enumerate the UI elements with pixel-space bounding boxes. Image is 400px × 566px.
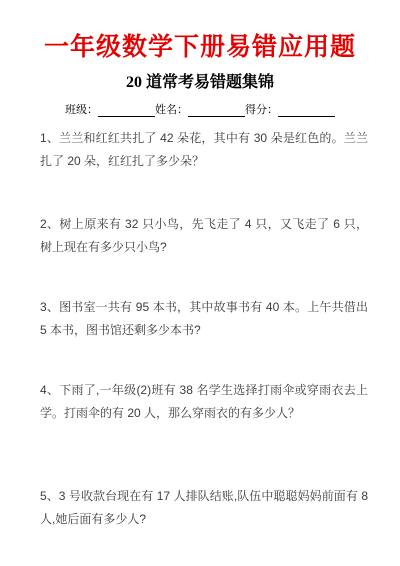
score-label: 得分： [245, 104, 278, 117]
problem-3: 3、图书室一共有 95 本书，其中故事书有 40 本。上午共借出 5 本书，图书… [40, 296, 368, 342]
score-field: 得分： [245, 104, 335, 117]
class-field: 班级： [65, 104, 155, 117]
name-label: 姓名： [155, 104, 188, 117]
page-subtitle: 20 道常考易错题集锦 [32, 72, 368, 94]
worksheet-page: 一年级数学下册易错应用题 20 道常考易错题集锦 班级： 姓名： 得分： 1、兰… [0, 0, 400, 566]
class-blank-line [98, 104, 155, 117]
student-info-row: 班级： 姓名： 得分： [32, 102, 368, 117]
problem-2: 2、树上原来有 32 只小鸟，先飞走了 4 只，又飞走了 6 只，树上现在有多少… [40, 213, 368, 259]
class-label: 班级： [65, 104, 98, 117]
name-field: 姓名： [155, 104, 245, 117]
name-blank-line [188, 104, 245, 117]
problem-list: 1、兰兰和红红共扎了 42 朵花，其中有 30 朵是红色的。兰兰扎了 20 朵，… [40, 127, 368, 531]
page-title: 一年级数学下册易错应用题 [32, 32, 368, 64]
score-blank-line [278, 104, 335, 117]
problem-4: 4、下雨了,一年级(2)班有 38 名学生选择打雨伞或穿雨衣去上学。打雨伞的有 … [40, 379, 368, 425]
problem-5: 5、3 号收款台现在有 17 人排队结账,队伍中聪聪妈妈前面有 8 人,她后面有… [40, 485, 368, 531]
problem-1: 1、兰兰和红红共扎了 42 朵花，其中有 30 朵是红色的。兰兰扎了 20 朵，… [40, 127, 368, 173]
